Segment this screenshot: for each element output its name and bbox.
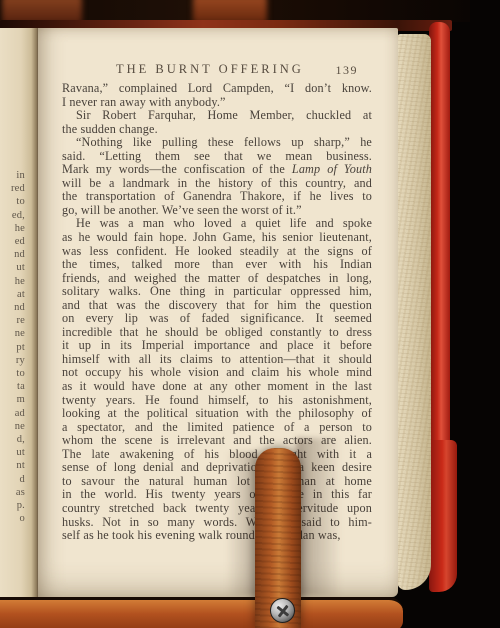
left-page-fragment: he (11, 275, 25, 288)
left-page-fragment: re (11, 314, 25, 327)
text-line: as he would fain hope. John Game, his se… (62, 231, 372, 245)
left-page-fragment: p. (11, 499, 25, 512)
book-page: THE BURNT OFFERING 139 Ravana,” complain… (38, 28, 398, 597)
text-line: Sir Robert Farquhar, Home Member, chuckl… (62, 109, 372, 123)
left-page-fragment: nt (11, 459, 25, 472)
text-line: “Nothing like pulling these fellows up s… (62, 136, 372, 150)
left-page-fragment: ta (11, 380, 25, 393)
text-line: incredible that he should be obliged con… (62, 326, 372, 340)
text-line: said. “Letting them see that we mean bus… (62, 150, 372, 164)
left-page-fragment: he (11, 222, 25, 235)
left-page-fragment: ut (11, 446, 25, 459)
text-line: will be a landmark in the history of thi… (62, 177, 372, 191)
left-page-fragment: red (11, 182, 25, 195)
left-page-fragment: at (11, 288, 25, 301)
left-page-fragment: ne (11, 420, 25, 433)
text-line: the sudden change. (62, 123, 372, 137)
page-header: THE BURNT OFFERING 139 (62, 62, 372, 78)
text-line: solitary walks. One thing in particular … (62, 285, 372, 299)
left-page-fragment: ut (11, 261, 25, 274)
left-page-fragment: ed (11, 235, 25, 248)
text-line: as it would have done at any other momen… (62, 380, 372, 394)
text-line: I never ran away with anybody.” (62, 96, 372, 110)
left-page-fragment: ed, (11, 209, 25, 222)
left-page-fragment: ry (11, 354, 25, 367)
left-page-fragment: d, (11, 433, 25, 446)
left-page-fragment: d (11, 473, 25, 486)
text-line: looking at the political situation with … (62, 407, 372, 421)
text-line: twenty years. He found himself, to his a… (62, 394, 372, 408)
left-page-fragment: nd (11, 301, 25, 314)
left-page-fragment: to (11, 367, 25, 380)
text-line: the times, talked more than ever with hi… (62, 258, 372, 272)
text-line: go, will be another. We’ve seen the wors… (62, 204, 372, 218)
text-line: not occupy his whole vision and claim hi… (62, 366, 372, 380)
text-line: himself with all its claims to attention… (62, 353, 372, 367)
page-fore-edge (397, 34, 431, 590)
text-line: on every lip was of faded significance. … (62, 312, 372, 326)
book-photo-scene: inredtoed,heedndutheatndreneptrytotamadn… (0, 0, 500, 628)
text-line: Mark my words—the confiscation of the La… (62, 163, 372, 177)
left-page-edge: inredtoed,heedndutheatndreneptrytotamadn… (0, 28, 38, 597)
left-page-fragment: pt (11, 341, 25, 354)
left-page-fragment: nd (11, 248, 25, 261)
arm-shadow (226, 452, 258, 596)
text-line: He was a man who loved a quiet life and … (62, 217, 372, 231)
text-line: a spectator, and the limited patience of… (62, 421, 372, 435)
text-line: it up in its Imperial importance and pla… (62, 339, 372, 353)
text-line: friends, and weighed the matter of despa… (62, 272, 372, 286)
left-page-fragment: to (11, 195, 25, 208)
text-line: was less confident. He looked steadily a… (62, 245, 372, 259)
left-page-fragment: as (11, 486, 25, 499)
left-page-fragment: ad (11, 407, 25, 420)
text-line: Ravana,” complained Lord Campden, “I don… (62, 82, 372, 96)
left-page-fragment: ne (11, 327, 25, 340)
arm-shadow (296, 438, 342, 596)
left-page-fragment: o (11, 512, 25, 525)
page-number: 139 (336, 63, 359, 78)
left-page-fragments: inredtoed,heedndutheatndreneptrytotamadn… (11, 169, 25, 525)
text-line: and that was the discovery that for him … (62, 299, 372, 313)
text-line: the transportation of Ganendra Thakore, … (62, 190, 372, 204)
left-page-fragment: in (11, 169, 25, 182)
running-title: THE BURNT OFFERING (116, 62, 304, 77)
left-page-fragment: m (11, 393, 25, 406)
easel-ledge (0, 597, 403, 628)
arm-screw (270, 598, 295, 623)
book-cover-bottom-corner (430, 440, 457, 592)
